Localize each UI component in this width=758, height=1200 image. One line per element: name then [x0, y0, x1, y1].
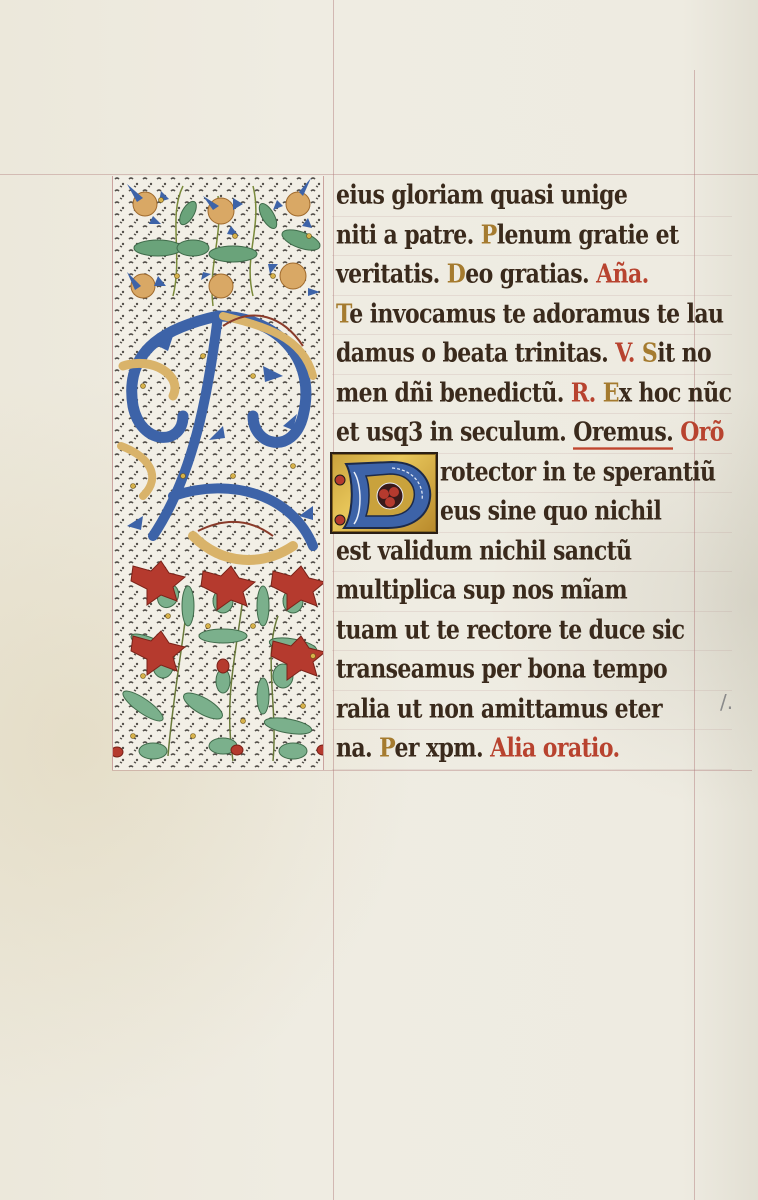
text-line: niti a patre. Plenum gratie et — [336, 212, 679, 257]
manuscript-page: eius gloriam quasi unigeniti a patre. Pl… — [0, 0, 758, 1200]
text-segment: er xpm. — [395, 733, 491, 764]
marginal-mark: /. — [720, 690, 733, 714]
text-line: Te invocamus te adoramus te lau — [336, 291, 723, 336]
text-segment: men dñi benedictũ. — [336, 377, 571, 408]
text-segment: ralia ut non amittamus eter — [336, 693, 662, 724]
touched-capital: E — [596, 377, 619, 408]
text-segment: Oremus. — [573, 417, 673, 450]
text-line: eius gloriam quasi unige — [336, 173, 627, 218]
touched-capital: T — [336, 298, 349, 329]
text-segment: niti a patre. — [336, 219, 481, 250]
text-line: transeamus per bona tempo — [336, 647, 667, 692]
text-segment: eo gratias. — [465, 259, 596, 290]
text-segment: est validum nichil sanctũ — [336, 535, 632, 566]
text-line: tuam ut te rectore te duce sic — [336, 607, 684, 652]
text-segment: veritatis. — [336, 259, 447, 290]
decorative-border-panel — [112, 176, 324, 770]
rubric-text: R. — [571, 377, 596, 408]
text-line: rotector in te sperantiũ — [440, 449, 715, 494]
touched-capital: P — [481, 219, 497, 250]
text-segment: na. — [336, 733, 379, 764]
text-line: veritatis. Deo gratias. Aña. — [336, 252, 649, 297]
border-illumination-artwork — [113, 176, 324, 770]
touched-capital: D — [447, 259, 465, 290]
touched-capital: S — [635, 338, 657, 369]
rubric-text: Orõ — [673, 417, 724, 448]
ruling-line-left — [333, 0, 334, 1200]
text-segment: e invocamus te adoramus te lau — [349, 298, 723, 329]
text-segment: multiplica sup nos mĩam — [336, 575, 627, 606]
text-segment: damus o beata trinitas. — [336, 338, 615, 369]
text-segment: eus sine quo nichil — [440, 496, 661, 527]
text-segment: et usq3 in seculum. — [336, 417, 573, 448]
text-line: men dñi benedictũ. R. Ex hoc nũc — [336, 370, 731, 415]
text-line: est validum nichil sanctũ — [336, 528, 632, 573]
text-line: na. Per xpm. Alia oratio. — [336, 726, 620, 771]
text-segment: transeamus per bona tempo — [336, 654, 667, 685]
touched-capital: P — [379, 733, 394, 764]
text-segment: lenum gratie et — [497, 219, 679, 250]
ruling-line-right — [694, 70, 695, 1200]
rubric-text: Aña. — [596, 259, 649, 290]
text-line: multiplica sup nos mĩam — [336, 568, 627, 613]
text-line: ralia ut non amittamus eter — [336, 686, 662, 731]
text-segment: x hoc nũc — [619, 377, 732, 408]
text-line: eus sine quo nichil — [440, 489, 661, 534]
illuminated-initial-d — [330, 452, 438, 534]
text-segment: tuam ut te rectore te duce sic — [336, 614, 684, 645]
text-segment: eius gloriam quasi unige — [336, 180, 627, 211]
rubric-text: Alia oratio. — [490, 733, 619, 764]
text-line: damus o beata trinitas. V. Sit no — [336, 331, 711, 376]
rubric-text: V. — [615, 338, 635, 369]
text-segment: it no — [657, 338, 711, 369]
initial-letter-artwork — [332, 454, 436, 532]
text-segment: rotector in te sperantiũ — [440, 456, 715, 487]
text-line: et usq3 in seculum. Oremus. Orõ — [336, 410, 724, 455]
